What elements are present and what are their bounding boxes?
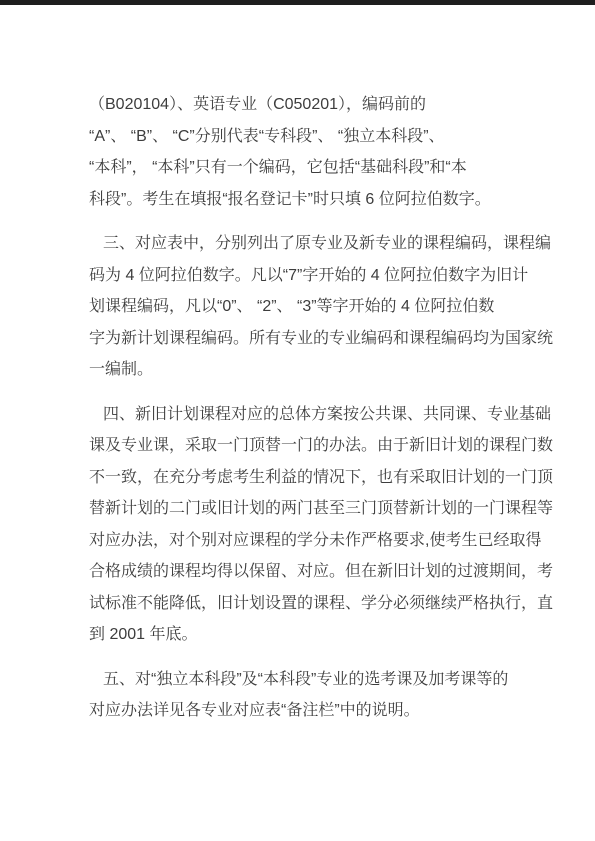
text-line: 到 2001 年底。: [89, 619, 506, 651]
text-line: 科段”。考生在填报“报名登记卡”时只填 6 位阿拉伯数字。: [89, 184, 506, 216]
text-line: 不一致，在充分考虑考生利益的情况下，也有采取旧计划的一门顶: [89, 462, 506, 494]
text-line: “A”、 “B”、 “C”分别代表“专科段”、 “独立本科段”、: [89, 121, 506, 153]
text-line: 一编制。: [89, 354, 506, 386]
text-line: （B020104）、英语专业（C050201），编码前的: [89, 89, 506, 121]
document-page: （B020104）、英语专业（C050201），编码前的 “A”、 “B”、 “…: [0, 0, 595, 841]
text-line: 试标准不能降低，旧计划设置的课程、学分必须继续严格执行，直: [89, 588, 506, 620]
text-line: 替新计划的二门或旧计划的两门甚至三门顶替新计划的一门课程等: [89, 493, 506, 525]
text-line: 对应办法详见各专业对应表“备注栏”中的说明。: [89, 695, 506, 727]
text-line: 对应办法，对个别对应课程的学分未作严格要求,使考生已经取得: [89, 525, 506, 557]
paragraph-2-item-three: 三、对应表中，分别列出了原专业及新专业的课程编码，课程编 码为 4 位阿拉伯数字…: [89, 228, 506, 386]
document-body-text: （B020104）、英语专业（C050201），编码前的 “A”、 “B”、 “…: [89, 89, 506, 740]
text-line: 合格成绩的课程均得以保留、对应。但在新旧计划的过渡期间，考: [89, 556, 506, 588]
text-line: 五、对“独立本科段”及“本科段”专业的选考课及加考课等的: [89, 664, 506, 696]
paragraph-3-item-four: 四、新旧计划课程对应的总体方案按公共课、共同课、专业基础 课及专业课，采取一门顶…: [89, 399, 506, 651]
text-line: 课及专业课，采取一门顶替一门的办法。由于新旧计划的课程门数: [89, 430, 506, 462]
page-top-border: [0, 0, 595, 5]
text-line: “本科”， “本科”只有一个编码，它包括“基础科段”和“本: [89, 152, 506, 184]
text-line: 三、对应表中，分别列出了原专业及新专业的课程编码，课程编: [89, 228, 506, 260]
text-line: 四、新旧计划课程对应的总体方案按公共课、共同课、专业基础: [89, 399, 506, 431]
text-line: 划课程编码，凡以“0”、 “2”、 “3”等字开始的 4 位阿拉伯数: [89, 291, 506, 323]
text-line: 字为新计划课程编码。所有专业的专业编码和课程编码均为国家统: [89, 323, 506, 355]
paragraph-4-item-five: 五、对“独立本科段”及“本科段”专业的选考课及加考课等的 对应办法详见各专业对应…: [89, 664, 506, 727]
paragraph-1-code-explanation: （B020104）、英语专业（C050201），编码前的 “A”、 “B”、 “…: [89, 89, 506, 215]
text-line: 码为 4 位阿拉伯数字。凡以“7”字开始的 4 位阿拉伯数字为旧计: [89, 260, 506, 292]
